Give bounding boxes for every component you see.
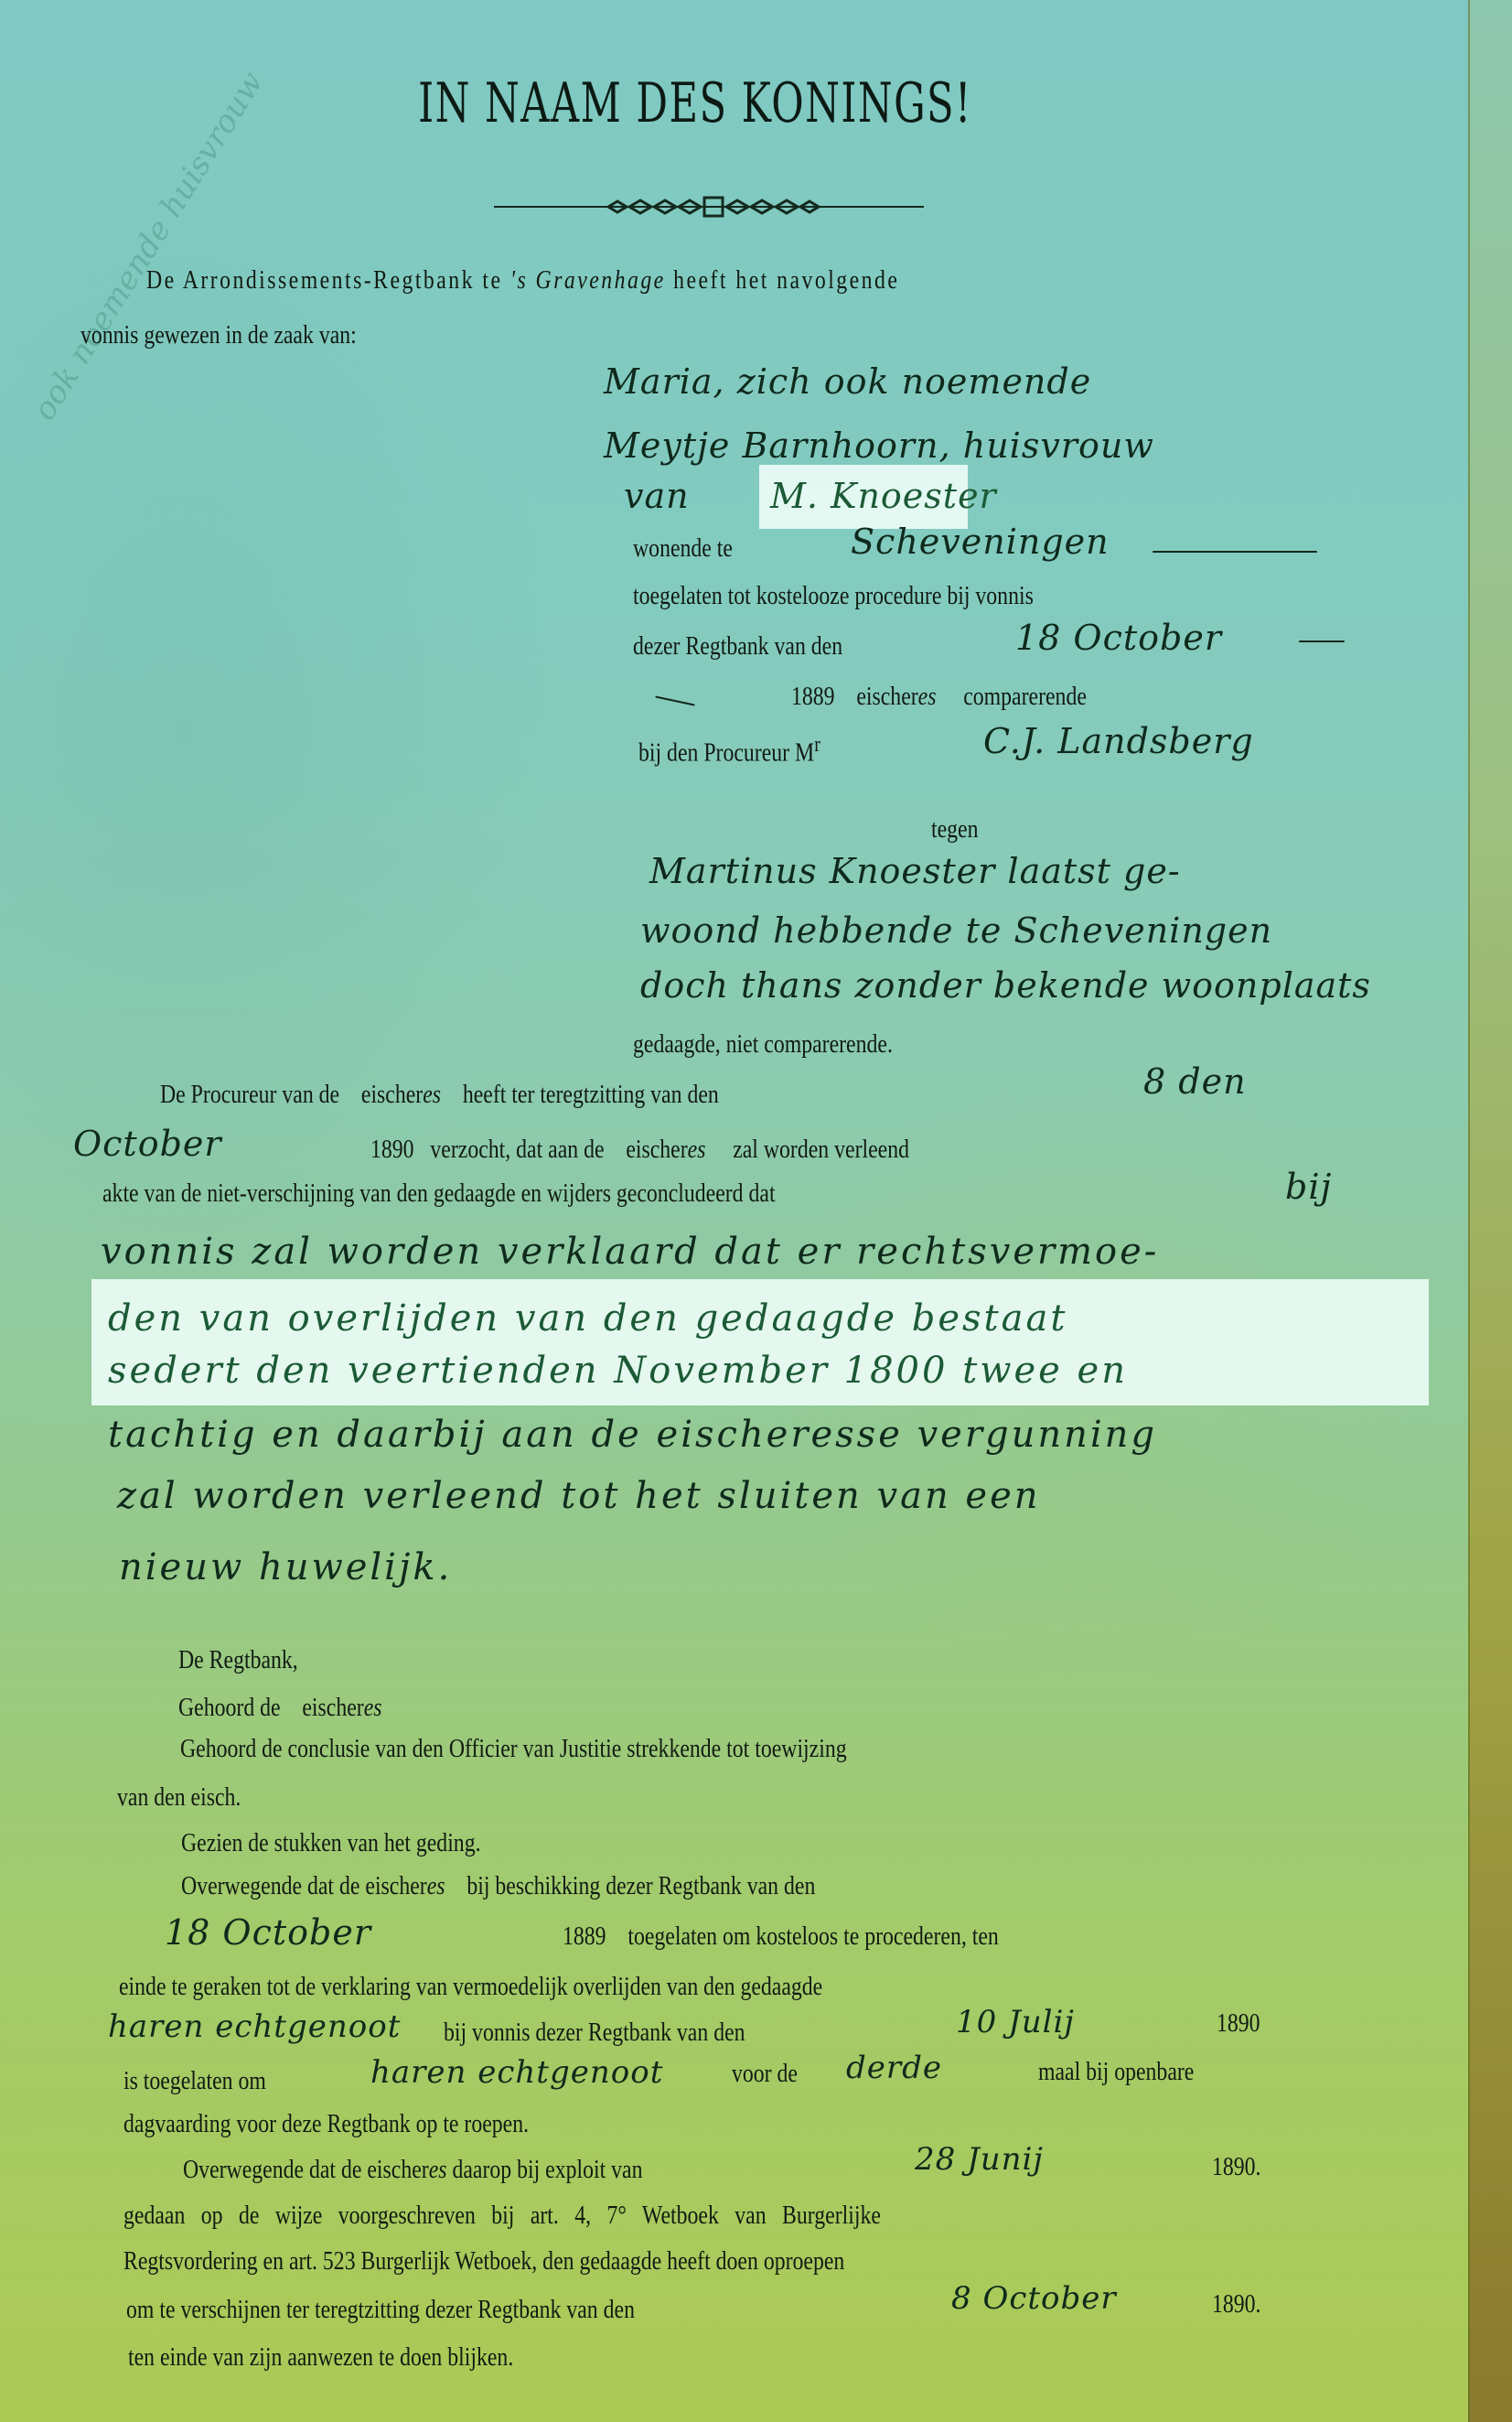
fill-line [655, 695, 694, 705]
hearing-month-hw: October [73, 1124, 222, 1164]
intro-line-1-end: heeft het navolgende [673, 265, 899, 295]
plaintiff-name-hw-2: Meytje Barnhoorn, huisvrouw [604, 425, 1154, 466]
defendant-printed: gedaagde, niet comparerende. [633, 1029, 893, 1060]
consider-2-line-5: ten einde van zijn aanwezen te doen blij… [128, 2342, 513, 2373]
comparerende: comparerende [963, 682, 1087, 711]
request-hw-line-4: tachtig en daarbij aan de eischeresse ve… [108, 1414, 1157, 1456]
seen-documents-line: Gezien de stukken van het geding. [181, 1828, 481, 1858]
year: 1889 [791, 682, 835, 711]
heard-conclusion-line-2: van den eisch. [117, 1782, 241, 1813]
court-heading: De Regtbank, [178, 1645, 298, 1675]
plaintiff-residence: Scheveningen [851, 522, 1110, 562]
consider-2-date-hw: 28 Junij [915, 2141, 1044, 2178]
fill-line [1299, 640, 1345, 642]
consider-2-line-4: om te verschijnen ter teregtzitting deze… [126, 2295, 635, 2325]
husband-name-highlighted: M. Knoester [770, 476, 997, 516]
consider-1-date2-hw: 10 Julij [956, 2004, 1075, 2040]
bij-hw: bij [1285, 1167, 1332, 1207]
consider-1-line-3: einde te geraken tot de verklaring van v… [119, 1972, 822, 2002]
admission-date: 18 October [1015, 618, 1222, 658]
eischer-label: eischer [856, 682, 917, 711]
procureur-label: bij den Procureur Mr [638, 732, 820, 769]
consider-1-spouse2-hw: haren echtgenoot [370, 2054, 663, 2091]
consider-2-date2-hw: 8 October [951, 2280, 1117, 2317]
hearing-day-hw: 8 den [1143, 1061, 1247, 1102]
consider-1-line-2: 1889 toegelaten om kosteloos te proceder… [563, 1921, 999, 1952]
wonende-label: wonende te [633, 533, 733, 564]
consider-1-line-5b: voor de [732, 2059, 798, 2089]
request-hw-line-5: zal worden verleend tot het sluiten van … [117, 1475, 1041, 1517]
consider-2-year2: 1890. [1212, 2289, 1261, 2320]
request-hw-line-6: nieuw huwelijk. [119, 1546, 452, 1588]
page-edge-strip [1468, 0, 1512, 2422]
request-hw-line-2-highlighted: den van overlijden van den gedaagde best… [108, 1297, 1067, 1340]
procureur-paragraph-line-2: 1890 verzocht, dat aan de eischeres zal … [370, 1135, 909, 1165]
request-hw-line-1: vonnis zal worden verklaard dat er recht… [101, 1231, 1159, 1273]
printed-regtbank-line: dezer Regtbank van den [633, 631, 842, 662]
ornament-divider-icon [494, 196, 924, 218]
consider-1-line-4: bij vonnis dezer Regtbank van den [444, 2018, 745, 2048]
consider-2-line-3: Regtsvordering en art. 523 Burgerlijk We… [123, 2246, 844, 2277]
defendant-hw-3: doch thans zonder bekende woonplaats [640, 965, 1371, 1006]
court-name: De Arrondissements-Regtbank te [146, 265, 502, 295]
consider-2-year: 1890. [1212, 2152, 1261, 2182]
procureur-paragraph-line-3: akte van de niet-verschijning van den ge… [102, 1179, 776, 1209]
consider-1-spouse-hw: haren echtgenoot [108, 2008, 401, 2045]
heard-conclusion-line: Gehoord de conclusie van den Officier va… [180, 1734, 847, 1764]
consider-1-line-5c: maal bij openbare [1038, 2057, 1194, 2087]
intro-line-1: De Arrondissements-Regtbank te 's Graven… [146, 265, 899, 296]
consider-1-year2: 1890 [1217, 2008, 1260, 2039]
consider-2-line-2: gedaan op de wijze voorgeschreven bij ar… [123, 2201, 881, 2231]
plaintiff-name-hw-1: Maria, zich ook noemende [604, 361, 1091, 402]
plaintiff-van-label: van [624, 476, 690, 516]
plaintiff-year-line: 1889 eischeres comparerende [791, 682, 1087, 712]
request-hw-line-3-highlighted: sedert den veertienden November 1800 twe… [108, 1350, 1128, 1392]
document-title: IN NAAM DES KONINGS! [195, 71, 1196, 135]
consider-1-date-hw: 18 October [165, 1912, 371, 1953]
court-place: 's Gravenhage [510, 265, 666, 295]
consider-1-line-1: Overwegende dat de eischeres bij beschik… [181, 1871, 815, 1901]
procureur-paragraph-line-1: De Procureur van de eischeres heeft ter … [160, 1080, 719, 1110]
defendant-hw-1: Martinus Knoester laatst ge- [649, 851, 1181, 891]
eischer-suffix: es [918, 682, 937, 711]
consider-1-line-5a: is toegelaten om [123, 2066, 266, 2096]
tegen-label: tegen [931, 814, 979, 845]
procureur-name: C.J. Landsberg [983, 721, 1254, 761]
heard-plaintiff-line: Gehoord de eischeres [178, 1693, 382, 1723]
consider-2-line-1: Overwegende dat de eischeres daarop bij … [183, 2155, 643, 2185]
consider-1-third-hw: derde [846, 2050, 942, 2086]
fill-line [1153, 551, 1317, 553]
printed-admission-line: toegelaten tot kostelooze procedure bij … [633, 581, 1034, 611]
defendant-hw-2: woond hebbende te Scheveningen [640, 910, 1272, 951]
intro-line-2: vonnis gewezen in de zaak van: [80, 320, 357, 350]
consider-1-line-6: dagvaarding voor deze Regtbank op te roe… [123, 2109, 529, 2139]
